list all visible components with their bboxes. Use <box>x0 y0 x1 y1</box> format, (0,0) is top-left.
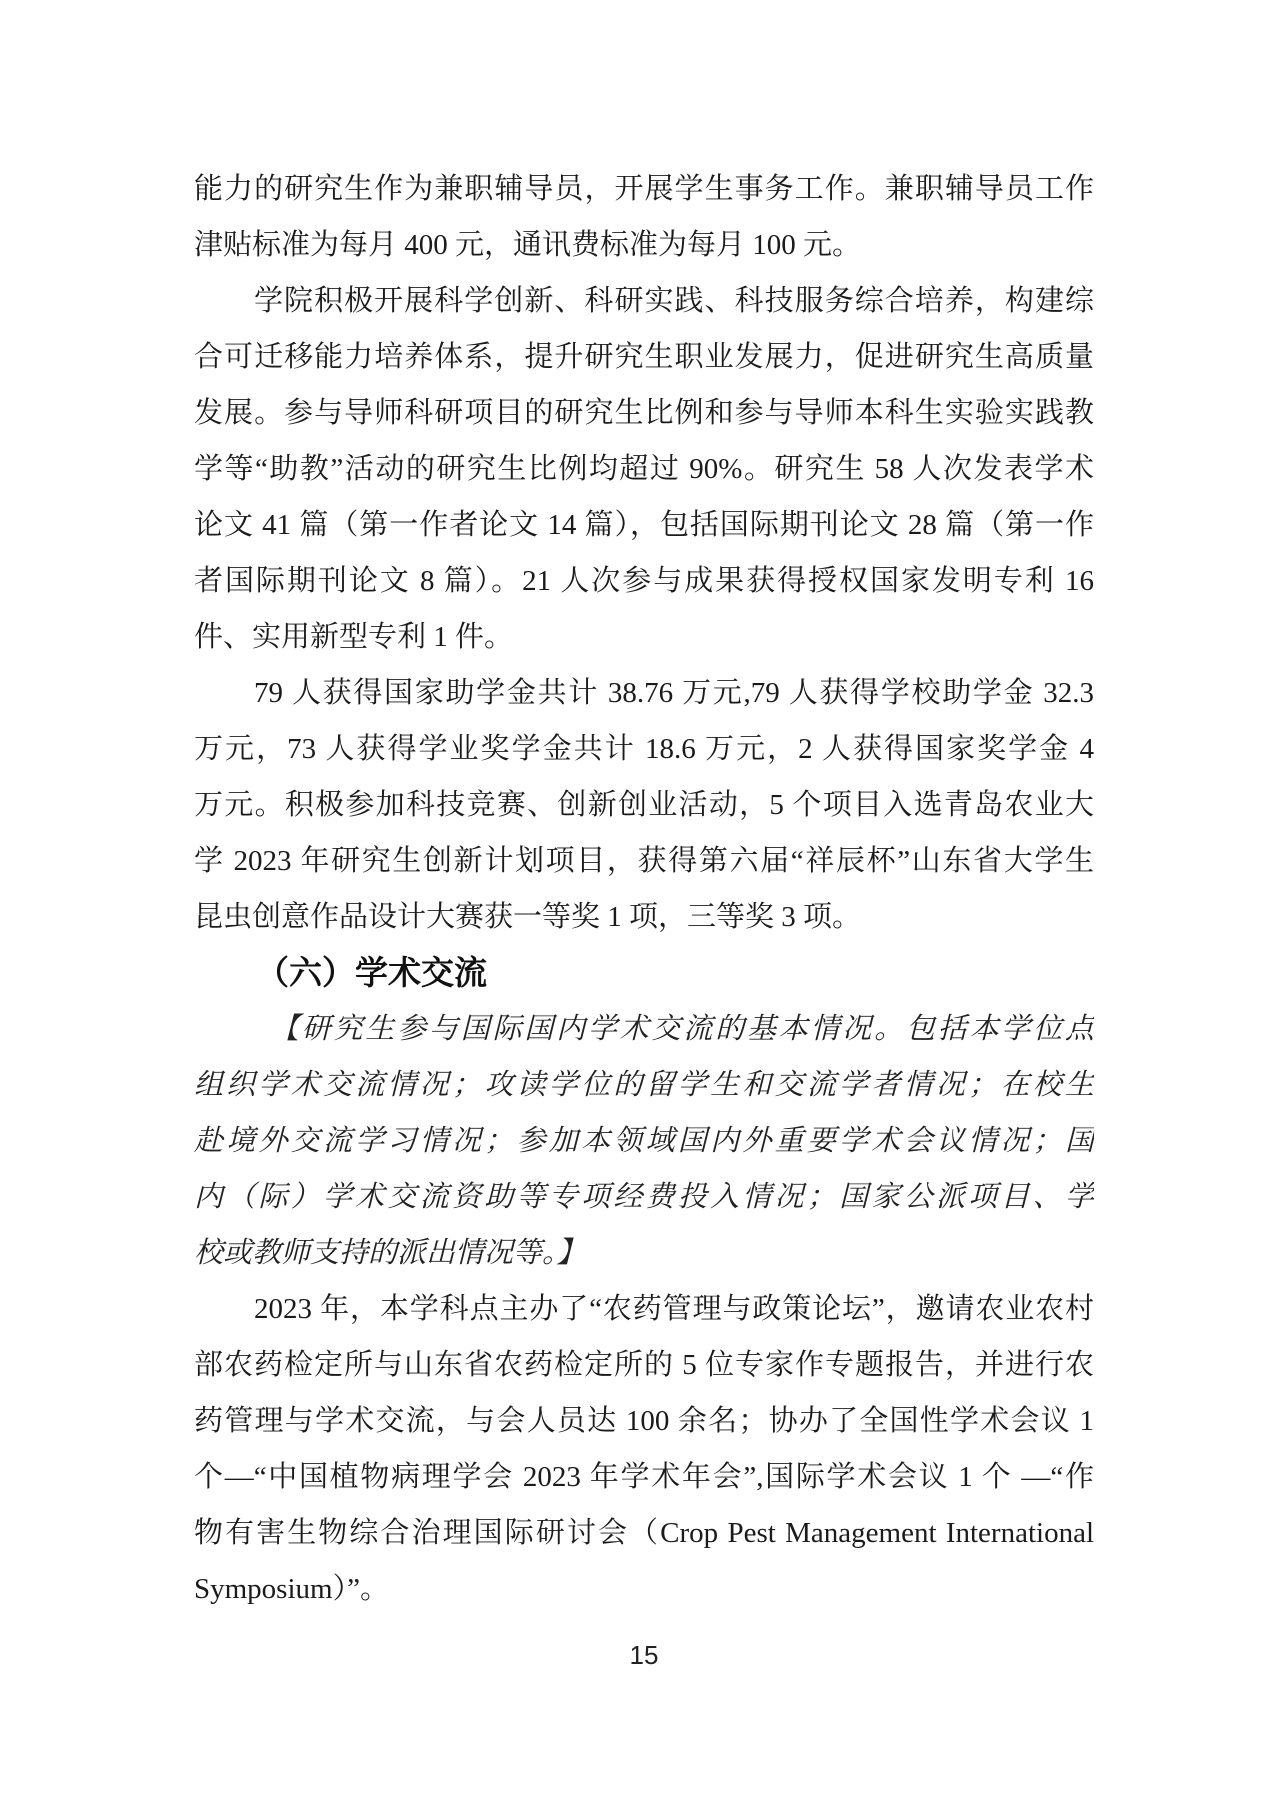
text-block: 能力的研究生作为兼职辅导员，开展学生事务工作。兼职辅导员工作 津贴标准为每月 4… <box>194 161 1094 1617</box>
body-text-line: 学 2023 年研究生创新计划项目，获得第六届“祥辰杯”山东省大学生 <box>194 833 1094 889</box>
annotation-text-line: 组织学术交流情况；攻读学位的留学生和交流学者情况；在校生 <box>194 1057 1094 1113</box>
body-text-line: 津贴标准为每月 400 元，通讯费标准为每月 100 元。 <box>194 217 1094 273</box>
body-text-line: 能力的研究生作为兼职辅导员，开展学生事务工作。兼职辅导员工作 <box>194 161 1094 217</box>
body-text-line: 件、实用新型专利 1 件。 <box>194 609 1094 665</box>
annotation-text-line: 校或教师支持的派出情况等。】 <box>194 1225 1094 1281</box>
annotation-text-line: 内（际）学术交流资助等专项经费投入情况；国家公派项目、学 <box>194 1169 1094 1225</box>
body-text-line: 药管理与学术交流，与会人员达 100 余名；协办了全国性学术会议 1 <box>194 1393 1094 1449</box>
body-text-line: 部农药检定所与山东省农药检定所的 5 位专家作专题报告，并进行农 <box>194 1337 1094 1393</box>
body-text-line: 昆虫创意作品设计大赛获一等奖 1 项，三等奖 3 项。 <box>194 889 1094 945</box>
body-text-line: 万元。积极参加科技竞赛、创新创业活动，5 个项目入选青岛农业大 <box>194 777 1094 833</box>
body-text-line: 个—“中国植物病理学会 2023 年学术年会”,国际学术会议 1 个 —“作 <box>194 1449 1094 1505</box>
annotation-text-line: 【研究生参与国际国内学术交流的基本情况。包括本学位点 <box>194 1001 1094 1057</box>
body-text-line: 万元，73 人获得学业奖学金共计 18.6 万元，2 人获得国家奖学金 4 <box>194 721 1094 777</box>
body-text-line: 学等“助教”活动的研究生比例均超过 90%。研究生 58 人次发表学术 <box>194 441 1094 497</box>
page-number: 15 <box>194 1640 1094 1670</box>
body-text-line: 发展。参与导师科研项目的研究生比例和参与导师本科生实验实践教 <box>194 385 1094 441</box>
section-heading: （六）学术交流 <box>194 945 1094 1001</box>
body-text-line: 论文 41 篇（第一作者论文 14 篇），包括国际期刊论文 28 篇（第一作 <box>194 497 1094 553</box>
body-text-line: 合可迁移能力培养体系，提升研究生职业发展力，促进研究生高质量 <box>194 329 1094 385</box>
body-text-line: 2023 年，本学科点主办了“农药管理与政策论坛”，邀请农业农村 <box>194 1281 1094 1337</box>
body-text-line: 79 人获得国家助学金共计 38.76 万元,79 人获得学校助学金 32.3 <box>194 665 1094 721</box>
body-text-line: 者国际期刊论文 8 篇）。21 人次参与成果获得授权国家发明专利 16 <box>194 553 1094 609</box>
annotation-text-line: 赴境外交流学习情况；参加本领域国内外重要学术会议情况；国 <box>194 1113 1094 1169</box>
document-page: 能力的研究生作为兼职辅导员，开展学生事务工作。兼职辅导员工作 津贴标准为每月 4… <box>0 0 1280 1811</box>
body-text-line: Symposium）”。 <box>194 1561 1094 1617</box>
body-text-line: 物有害生物综合治理国际研讨会（Crop Pest Management Inte… <box>194 1505 1094 1561</box>
body-text-line: 学院积极开展科学创新、科研实践、科技服务综合培养，构建综 <box>194 273 1094 329</box>
